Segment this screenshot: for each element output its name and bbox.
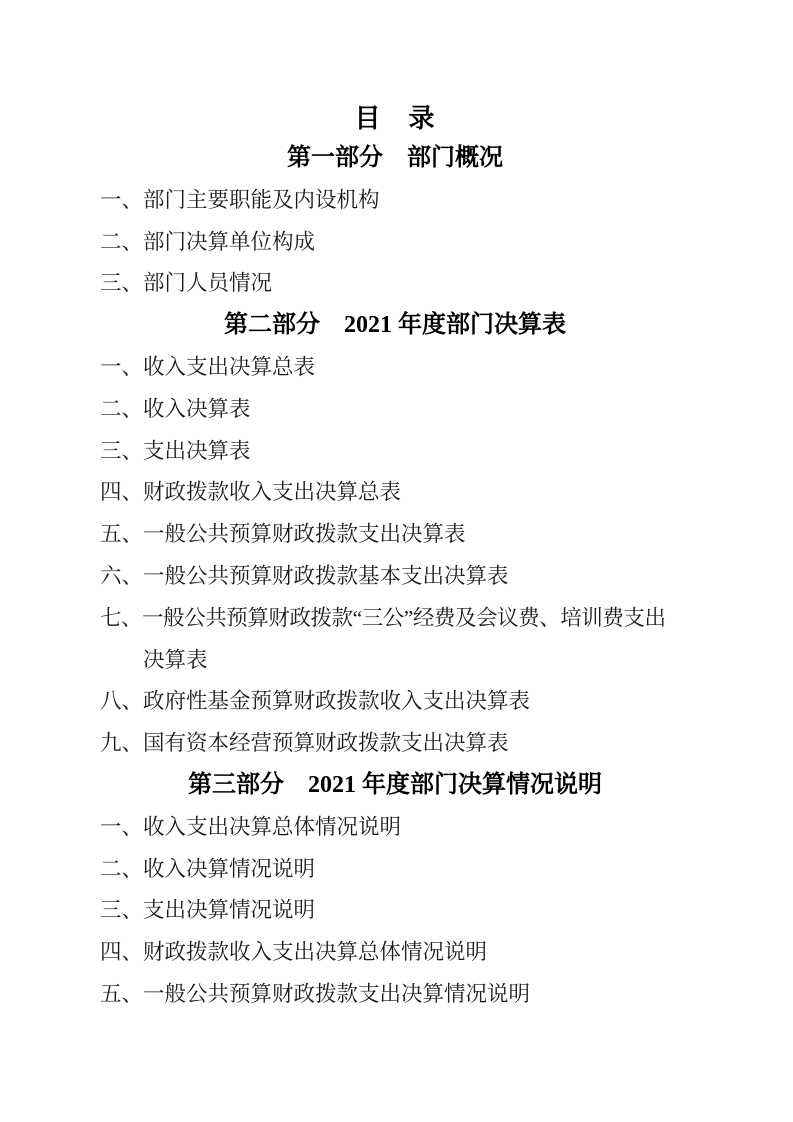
toc-item: 二、收入决算表 (100, 389, 690, 431)
toc-item: 三、支出决算情况说明 (100, 890, 690, 932)
toc-item-line1: 七、一般公共预算财政拨款“三公”经费及会议费、培训费支出 (100, 598, 690, 640)
toc-item: 一、收入支出决算总表 (100, 347, 690, 389)
toc-item: 一、部门主要职能及内设机构 (100, 180, 690, 222)
part3-heading: 第三部分 2021 年度部门决算情况说明 (100, 765, 690, 807)
toc-item: 三、部门人员情况 (100, 263, 690, 305)
document-page: 目 录 第一部分 部门概况 一、部门主要职能及内设机构 二、部门决算单位构成 三… (0, 0, 793, 1122)
toc-item: 二、收入决算情况说明 (100, 849, 690, 891)
toc-section-part1: 第一部分 部门概况 一、部门主要职能及内设机构 二、部门决算单位构成 三、部门人… (100, 138, 690, 305)
part1-heading: 第一部分 部门概况 (100, 138, 690, 180)
toc-item: 三、支出决算表 (100, 431, 690, 473)
toc-item: 六、一般公共预算财政拨款基本支出决算表 (100, 556, 690, 598)
toc-title: 目 录 (100, 100, 690, 138)
toc-section-part2: 第二部分 2021 年度部门决算表 一、收入支出决算总表 二、收入决算表 三、支… (100, 305, 690, 765)
toc-item: 九、国有资本经营预算财政拨款支出决算表 (100, 723, 690, 765)
toc-item-line2: 决算表 (100, 640, 690, 682)
toc-item: 四、财政拨款收入支出决算总表 (100, 472, 690, 514)
toc-section-part3: 第三部分 2021 年度部门决算情况说明 一、收入支出决算总体情况说明 二、收入… (100, 765, 690, 1016)
toc-item: 四、财政拨款收入支出决算总体情况说明 (100, 932, 690, 974)
toc-item: 五、一般公共预算财政拨款支出决算表 (100, 514, 690, 556)
toc-item: 八、政府性基金预算财政拨款收入支出决算表 (100, 681, 690, 723)
toc-item: 五、一般公共预算财政拨款支出决算情况说明 (100, 974, 690, 1016)
part2-heading: 第二部分 2021 年度部门决算表 (100, 305, 690, 347)
toc-item: 一、收入支出决算总体情况说明 (100, 807, 690, 849)
table-of-contents: 目 录 第一部分 部门概况 一、部门主要职能及内设机构 二、部门决算单位构成 三… (0, 0, 793, 1016)
toc-item: 二、部门决算单位构成 (100, 222, 690, 264)
